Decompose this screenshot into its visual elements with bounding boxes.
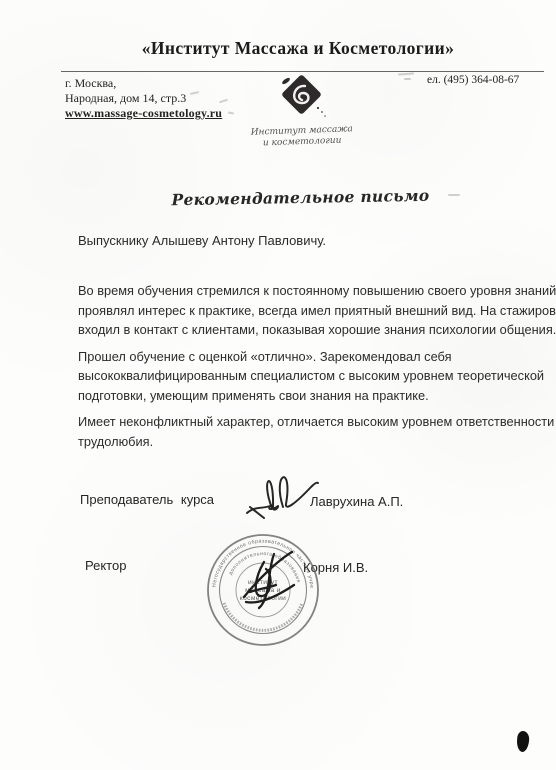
addressee-line: Выпускнику Алышеву Антону Павловичу. — [78, 233, 326, 248]
logo-caption: Институт массажа и косметологии — [232, 124, 373, 150]
website-link: www.massage-cosmetology.ru — [65, 106, 222, 121]
signer-role-teacher: Преподаватель курса — [80, 492, 214, 507]
paragraph: Во время обучения стремился к постоянном… — [78, 281, 533, 340]
scanned-letter-page: { "colors": { "ink": "#2c2c2c", "stamp":… — [0, 0, 556, 770]
paragraph-line: Прошел обучение с оценкой «отлично». Зар… — [78, 347, 533, 367]
scan-smudge — [398, 72, 414, 75]
ink-blot-artifact — [516, 731, 529, 753]
address-city: г. Москва, — [65, 76, 222, 91]
scan-smudge — [448, 194, 460, 196]
paragraph: Прошел обучение с оценкой «отлично». Зар… — [78, 347, 533, 406]
scan-smudge — [228, 111, 234, 114]
paragraph: Имеет неконфликтный характер, отличается… — [78, 412, 533, 451]
paragraph-line: проявлял интерес к практике, всегда имел… — [78, 301, 533, 321]
letter-heading: Рекомендательное письмо — [45, 184, 556, 212]
phone-number: ел. (495) 364-08-67 — [427, 74, 519, 86]
letter-body: Во время обучения стремился к постоянном… — [78, 281, 533, 458]
paragraph-line: Имеет неконфликтный характер, отличается… — [78, 412, 533, 432]
institute-title: «Институт Массажа и Косметологии» — [40, 38, 556, 59]
header-divider — [61, 71, 544, 72]
signer-role-rector: Ректор — [85, 558, 126, 573]
paragraph-line: высококвалифицированным специалистом с в… — [78, 366, 533, 386]
paragraph-line: подготовки, умеющим применять свои знани… — [78, 386, 533, 406]
rector-signature-icon — [228, 545, 318, 617]
paragraph-line: входил в контакт с клиентами, показывая … — [78, 320, 533, 340]
address-block: г. Москва, Народная, дом 14, стр.3 www.m… — [65, 76, 222, 121]
address-street: Народная, дом 14, стр.3 — [65, 91, 222, 106]
logo-diamond-icon — [274, 74, 330, 124]
scan-smudge — [404, 78, 411, 80]
teacher-signature-icon — [243, 462, 321, 524]
paragraph-line: трудолюбия. — [78, 432, 533, 452]
paragraph-line: Во время обучения стремился к постоянном… — [78, 281, 533, 301]
institute-logo: Институт массажа и косметологии — [232, 74, 372, 147]
signer-name-teacher: Лаврухина А.П. — [310, 494, 403, 509]
